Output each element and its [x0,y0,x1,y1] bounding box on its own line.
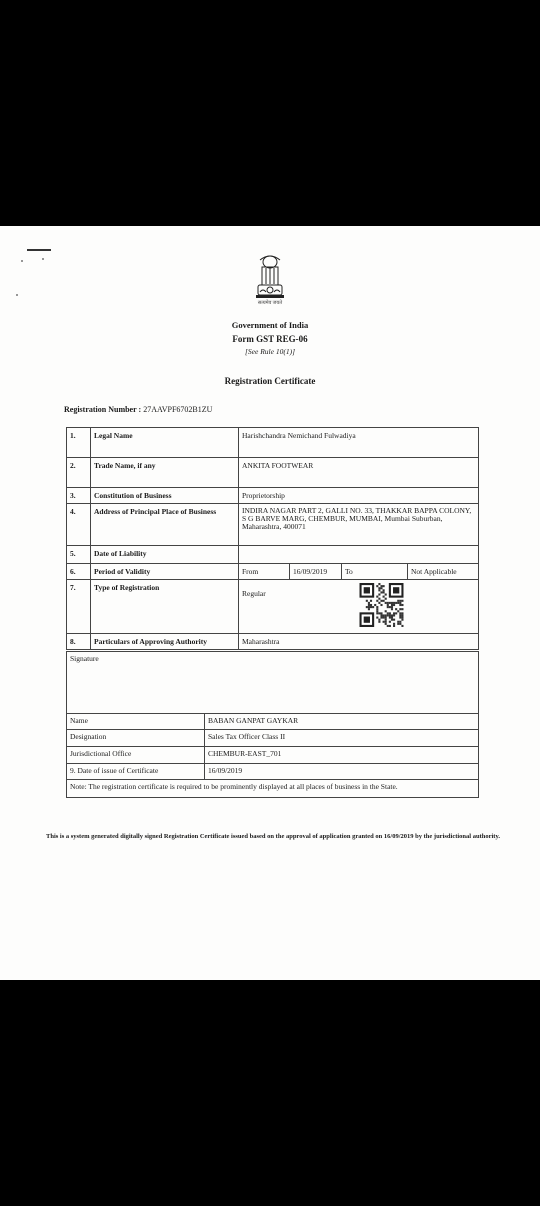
date-of-liability-value [239,546,479,564]
digital-signature-note: This is a system generated digitally sig… [46,832,506,842]
constitution-value: Proprietorship [239,488,479,504]
registration-number-value: 27AAVPF6702B1ZU [143,405,212,414]
validity-label: Period of Validity [91,564,239,580]
constitution-label: Constitution of Business [91,488,239,504]
validity-from-value: 16/09/2019 [290,564,342,580]
table-row: 8. Particulars of Approving Authority Ma… [67,634,479,650]
registration-details-table: 1. Legal Name Harishchandra Nemichand Fu… [66,427,479,650]
registration-number-label: Registration Number : [64,405,141,414]
row-number: 2. [67,458,91,488]
validity-to-value: Not Applicable [408,564,479,580]
validity-from-label: From [239,564,290,580]
table-row: 7. Type of Registration Regular [67,580,479,634]
certificate-title: Registration Certificate [0,376,540,386]
table-row: 6. Period of Validity From 16/09/2019 To… [67,564,479,580]
designation-value: Sales Tax Officer Class II [205,730,479,747]
trade-name-value: ANKITA FOOTWEAR [239,458,479,488]
approving-authority-value: Maharashtra [239,634,479,650]
issue-date-label: 9. Date of issue of Certificate [67,764,205,780]
table-row: 9. Date of issue of Certificate 16/09/20… [67,764,479,780]
row-number: 4. [67,504,91,546]
trade-name-label: Trade Name, if any [91,458,239,488]
issue-date-value: 16/09/2019 [205,764,479,780]
emblem-motto: सत्यमेव जयते [236,300,304,306]
officer-name-label: Name [67,714,205,730]
signature-label: Signature [67,652,479,714]
scan-artifact [42,258,44,260]
row-number: 8. [67,634,91,650]
row-number: 7. [67,580,91,634]
table-row: 4. Address of Principal Place of Busines… [67,504,479,546]
approving-authority-label: Particulars of Approving Authority [91,634,239,650]
table-row: 3. Constitution of Business Proprietorsh… [67,488,479,504]
jurisdictional-office-label: Jurisdictional Office [67,747,205,764]
officer-name-value: BABAN GANPAT GAYKAR [205,714,479,730]
table-row: Note: The registration certificate is re… [67,780,479,798]
scan-artifact [21,260,23,262]
table-row: Name BABAN GANPAT GAYKAR [67,714,479,730]
registration-type-label: Type of Registration [91,580,239,634]
display-note: Note: The registration certificate is re… [67,780,479,798]
table-row: 2. Trade Name, if any ANKITA FOOTWEAR [67,458,479,488]
form-heading: Form GST REG-06 [0,334,540,344]
table-row: Jurisdictional Office CHEMBUR-EAST_701 [67,747,479,764]
row-number: 6. [67,564,91,580]
registration-number: Registration Number : 27AAVPF6702B1ZU [64,405,212,414]
table-row: Signature [67,652,479,714]
national-emblem-icon [250,254,290,300]
qr-code-icon [359,583,404,627]
address-label: Address of Principal Place of Business [91,504,239,546]
address-value: INDIRA NAGAR PART 2, GALLI NO. 33, THAKK… [239,504,479,546]
scan-artifact [16,294,18,296]
registration-type-cell: Regular [239,580,479,634]
designation-label: Designation [67,730,205,747]
row-number: 3. [67,488,91,504]
table-row: 1. Legal Name Harishchandra Nemichand Fu… [67,428,479,458]
legal-name-label: Legal Name [91,428,239,458]
rule-reference: [See Rule 10(1)] [0,347,540,356]
validity-to-label: To [342,564,408,580]
legal-name-value: Harishchandra Nemichand Fulwadiya [239,428,479,458]
government-heading: Government of India [0,320,540,330]
row-number: 5. [67,546,91,564]
date-of-liability-label: Date of Liability [91,546,239,564]
table-row: Designation Sales Tax Officer Class II [67,730,479,747]
certificate-page: सत्यमेव जयते Government of India Form GS… [0,226,540,980]
signature-table: Signature Name BABAN GANPAT GAYKAR Desig… [66,651,479,798]
table-row: 5. Date of Liability [67,546,479,564]
row-number: 1. [67,428,91,458]
jurisdictional-office-value: CHEMBUR-EAST_701 [205,747,479,764]
scan-artifact [27,249,51,251]
